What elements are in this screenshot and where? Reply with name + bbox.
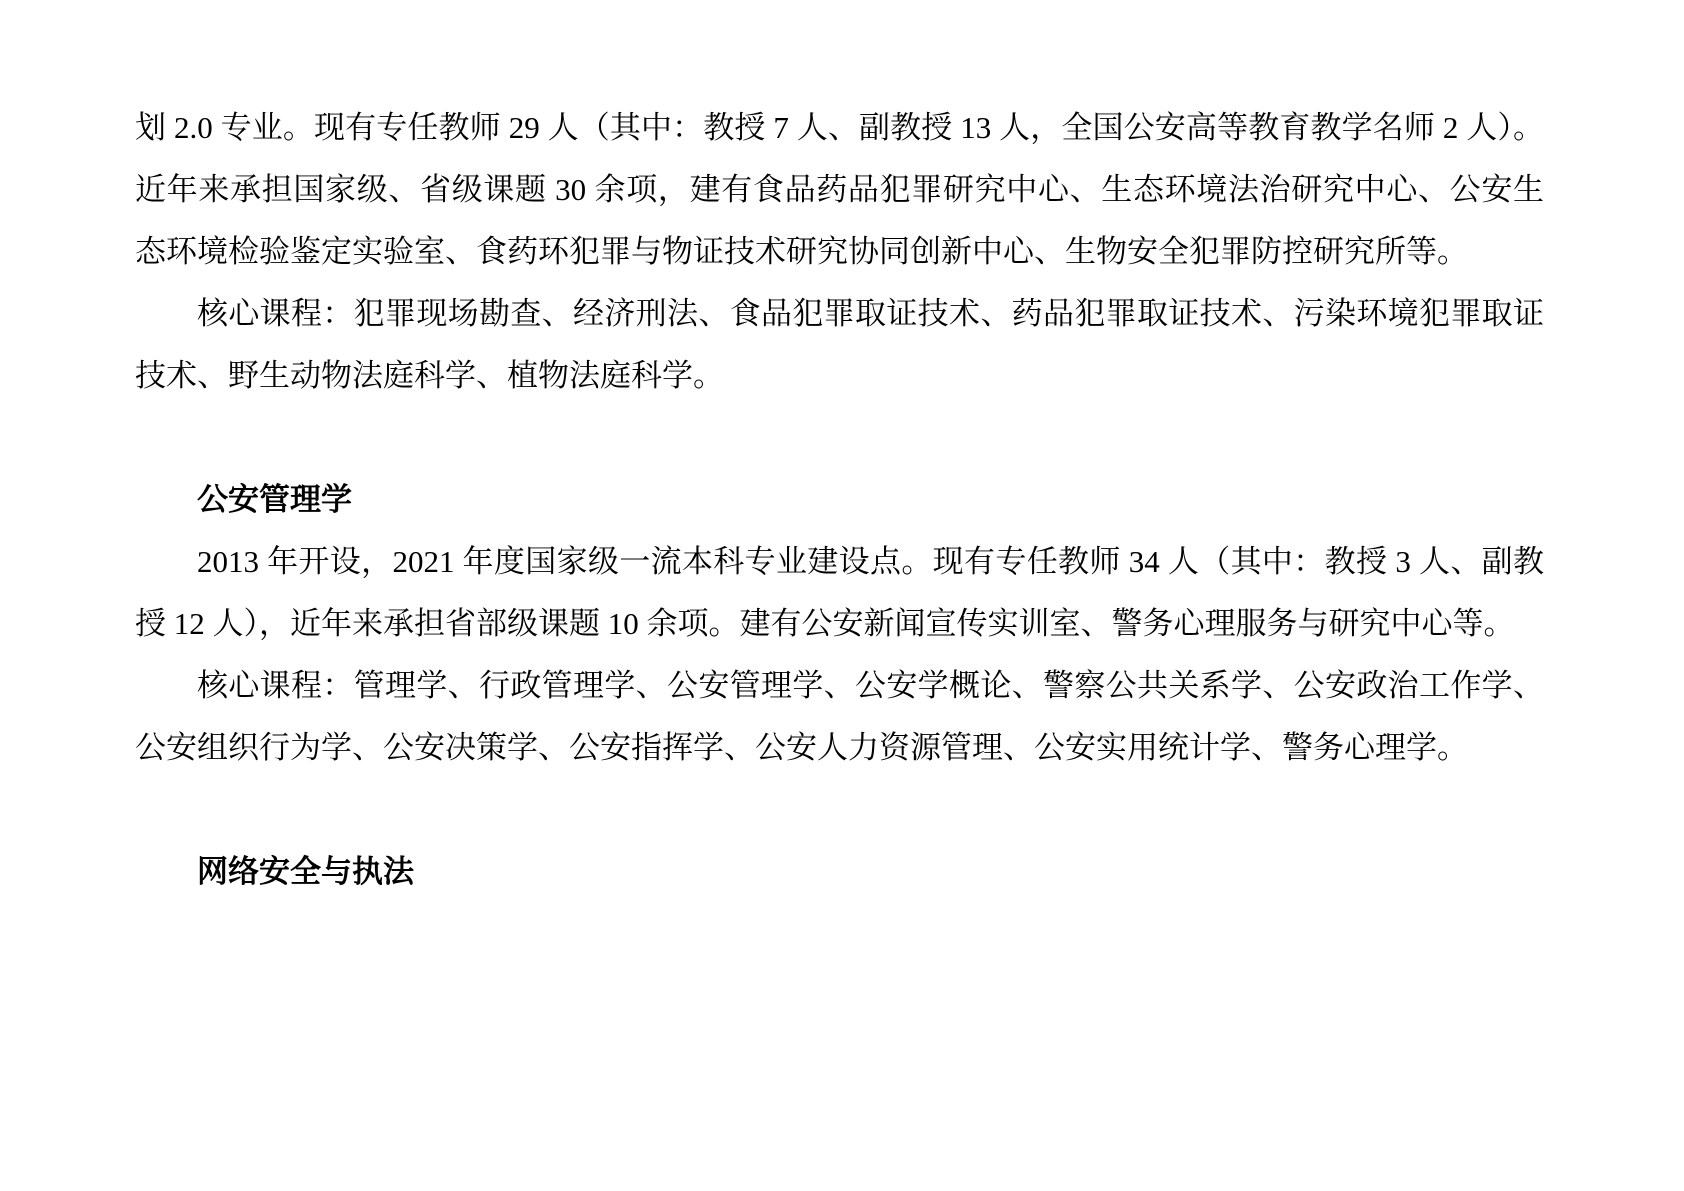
paragraph-forensic-major-intro-continued: 划 2.0 专业。现有专任教师 29 人（其中：教授 7 人、副教授 13 人，… — [135, 97, 1544, 283]
document-page: 划 2.0 专业。现有专任教师 29 人（其中：教授 7 人、副教授 13 人，… — [0, 0, 1684, 1191]
paragraph-management-major-intro: 2013 年开设，2021 年度国家级一流本科专业建设点。现有专任教师 34 人… — [135, 531, 1544, 655]
section-heading-public-security-management: 公安管理学 — [135, 469, 1544, 531]
paragraph-management-core-courses: 核心课程：管理学、行政管理学、公安管理学、公安学概论、警察公共关系学、公安政治工… — [135, 655, 1544, 779]
section-heading-network-security-law-enforcement: 网络安全与执法 — [135, 841, 1544, 903]
paragraph-forensic-core-courses: 核心课程：犯罪现场勘查、经济刑法、食品犯罪取证技术、药品犯罪取证技术、污染环境犯… — [135, 283, 1544, 407]
